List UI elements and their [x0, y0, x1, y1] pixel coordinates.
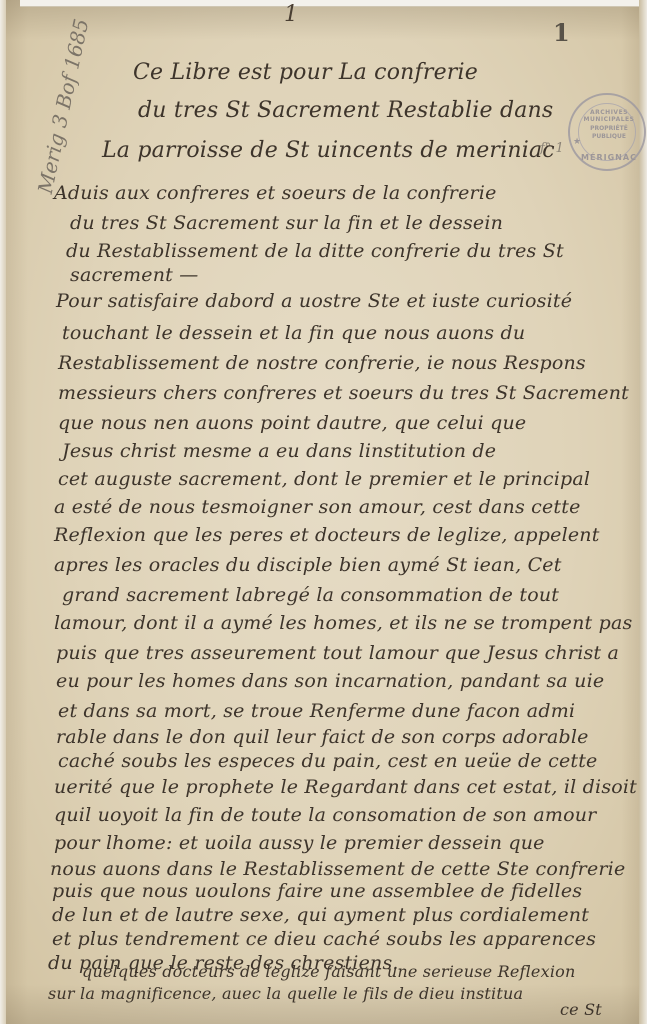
body-line: que nous nen auons point dautre, que cel… [58, 412, 526, 434]
body-line: caché soubs les especes du pain, cest en… [58, 750, 598, 772]
body-line: et plus tendrement ce dieu caché soubs l… [52, 928, 596, 950]
stamp-middle-line-2: PUBLIQUE [580, 133, 638, 141]
body-line: touchant le dessein et la fin que nous a… [62, 322, 525, 344]
body-line: quelques docteurs de leglize faisant une… [82, 962, 575, 981]
body-line: apres les oracles du disciple bien aymé … [54, 554, 562, 576]
body-line: et dans sa mort, se troue Renferme dune … [58, 700, 575, 722]
body-line: quil uoyoit la fin de toute la consomati… [54, 804, 596, 826]
stamp-bottom-text: MÉRIGNAC [576, 153, 642, 162]
body-line: Jesus christ mesme a eu dans linstitutio… [62, 440, 496, 462]
body-line: puis que nous uoulons faire une assemble… [52, 880, 582, 902]
heading-line-2: du tres St Sacrement sur la fin et le de… [70, 212, 503, 234]
body-line: eu pour les homes dans son incarnation, … [56, 670, 604, 692]
stamp-top-text: ARCHIVES MUNICIPALES [576, 109, 642, 123]
body-line: de lun et de lautre sexe, qui ayment plu… [52, 904, 589, 926]
title-line-1: Ce Libre est pour La confrerie [133, 60, 478, 85]
star-icon: ★ [573, 137, 581, 147]
body-line: nous auons dans le Restablissement de ce… [50, 858, 625, 880]
heading-line-3: du Restablissement de la ditte confrerie… [66, 240, 564, 262]
stamp-middle-line-1: PROPRIÉTÉ [580, 125, 638, 133]
body-line: ce St [560, 1000, 602, 1019]
body-line: Restablissement de nostre confrerie, ie … [58, 352, 586, 374]
paper-top-edge [20, 0, 647, 7]
body-line: Pour satisfaire dabord a uostre Ste et i… [56, 290, 572, 312]
margin-note-3: 1685 [59, 17, 93, 72]
heading-line-4: sacrement — [70, 264, 198, 286]
archive-stamp: ARCHIVES MUNICIPALES PROPRIÉTÉ PUBLIQUE … [568, 93, 646, 171]
folio-number-stamp: 1 [553, 18, 570, 47]
body-line: lamour, dont il a aymé les homes, et ils… [54, 612, 632, 634]
body-line: cet auguste sacrement, dont le premier e… [58, 468, 590, 490]
body-line: Reflexion que les peres et docteurs de l… [54, 524, 600, 546]
paper-left-edge [0, 0, 6, 1024]
body-line: sur la magnificence, auec la quelle le f… [48, 984, 523, 1003]
body-line: grand sacrement labregé la consommation … [62, 584, 559, 606]
title-line-2: du tres St Sacrement Restablie dans [138, 98, 553, 123]
body-line: rable dans le don quil leur faict de son… [56, 726, 589, 748]
heading-line-1: Aduis aux confreres et soeurs de la conf… [54, 182, 497, 204]
manuscript-page: 1 1 Merig 3 Bof 1685 ARCHIVES MUNICIPALE… [0, 0, 647, 1024]
body-line: a esté de nous tesmoigner son amour, ces… [54, 496, 581, 518]
margin-note-2: 3 Bof [47, 73, 82, 130]
title-line-3: La parroisse de St uincents de meriniac [102, 138, 555, 163]
stamp-middle-text: PROPRIÉTÉ PUBLIQUE [580, 125, 638, 141]
body-line: uerité que le prophete le Regardant dans… [54, 776, 637, 798]
body-line: puis que tres asseurement tout lamour qu… [56, 642, 619, 664]
body-line: pour lhome: et uoila aussy le premier de… [54, 832, 545, 854]
folio-number-ink: 1 [284, 2, 298, 27]
body-line: messieurs chers confreres et soeurs du t… [58, 382, 629, 404]
